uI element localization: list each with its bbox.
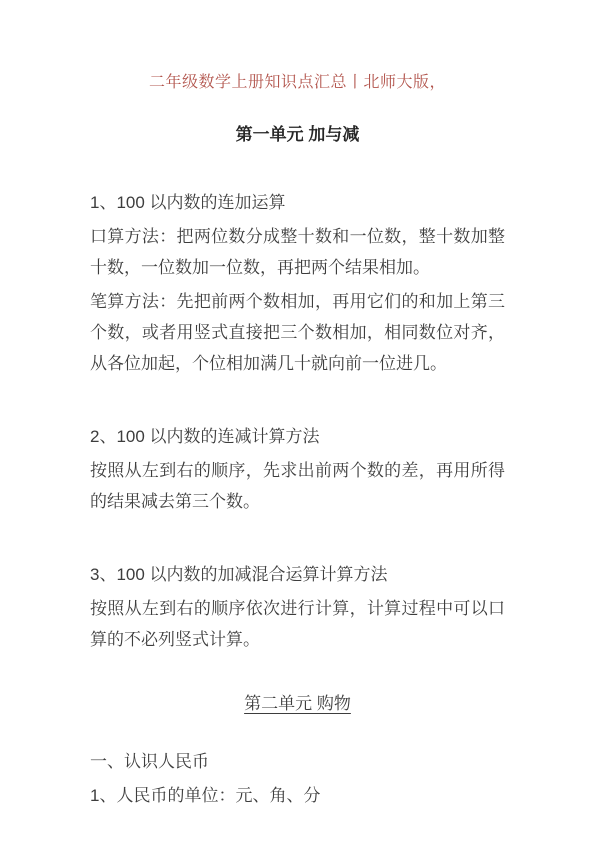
document-title: 二年级数学上册知识点汇总丨北师大版， [90,72,505,94]
unit2-topic1: 一、认识人民币 1、人民币的单位：元、角、分 [90,746,505,811]
unit2-heading: 第二单元 购物 [90,689,505,714]
unit2-heading-text: 第二单元 购物 [244,694,351,713]
rmb-units-line: 1、人民币的单位：元、角、分 [90,780,505,811]
topic3-label: 3、100 以内数的加减混合运算计算方法 [90,559,505,590]
unit1-topic3: 3、100 以内数的加减混合运算计算方法 按照从左到右的顺序依次进行计算，计算过… [90,559,505,655]
topic1-label: 1、100 以内数的连加运算 [90,187,505,218]
unit1-topic2: 2、100 以内数的连减计算方法 按照从左到右的顺序，先求出前两个数的差，再用所… [90,421,505,517]
topic2-method: 按照从左到右的顺序，先求出前两个数的差，再用所得的结果减去第三个数。 [90,455,505,517]
topic3-method: 按照从左到右的顺序依次进行计算，计算过程中可以口算的不必列竖式计算。 [90,593,505,655]
document-page: 二年级数学上册知识点汇总丨北师大版， 第一单元 加与减 1、100 以内数的连加… [0,0,595,842]
rmb-section-label: 一、认识人民币 [90,746,505,777]
topic1-written-method: 笔算方法：先把前两个数相加，再用它们的和加上第三个数，或者用竖式直接把三个数相加… [90,286,505,379]
unit1-heading: 第一单元 加与减 [90,120,505,145]
topic1-oral-method: 口算方法：把两位数分成整十数和一位数，整十数加整十数，一位数加一位数，再把两个结… [90,221,505,283]
unit1-topic1: 1、100 以内数的连加运算 口算方法：把两位数分成整十数和一位数，整十数加整十… [90,187,505,379]
topic2-label: 2、100 以内数的连减计算方法 [90,421,505,452]
